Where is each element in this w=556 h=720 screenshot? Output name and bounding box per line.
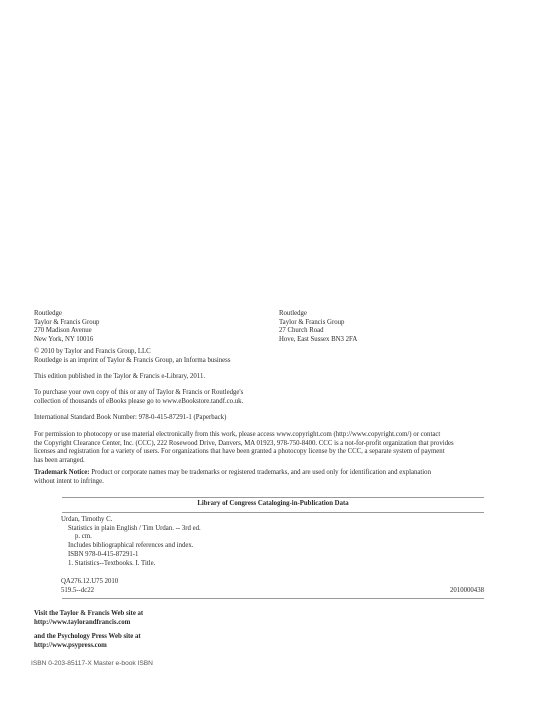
address-line: 270 Madison Avenue — [34, 327, 99, 336]
address-line: Taylor & Francis Group — [279, 319, 357, 328]
trademark-text: Product or corporate names may be tradem… — [91, 469, 431, 476]
permission-line: For permission to photocopy or use mater… — [34, 431, 486, 440]
copyright-notice: © 2010 by Taylor and Francis Group, LLC … — [34, 348, 486, 365]
tf-website-url[interactable]: http://www.taylorandfrancis.com — [34, 619, 143, 628]
pp-website: and the Psychology Press Web site at htt… — [34, 633, 141, 650]
cip-subjects: 1. Statistics--Textbooks. I. Title. — [61, 560, 201, 569]
address-line: 27 Church Road — [279, 327, 357, 336]
address-line: New York, NY 10016 — [34, 336, 99, 345]
trademark-line: without intent to infringe. — [34, 478, 486, 487]
permission-line: has been arranged. — [34, 457, 486, 466]
cip-author: Urdan, Timothy C. — [61, 516, 201, 525]
pp-website-label: and the Psychology Press Web site at — [34, 633, 141, 642]
copyright-line: © 2010 by Taylor and Francis Group, LLC — [34, 348, 486, 357]
trademark-label: Trademark Notice: — [34, 469, 90, 476]
permission-line: the Copyright Clearance Center, Inc. (CC… — [34, 440, 486, 449]
trademark-notice: Trademark Notice: Product or corporate n… — [34, 469, 486, 486]
isbn-line: International Standard Book Number: 978-… — [34, 414, 486, 423]
cip-isbn: ISBN 978-0-415-87291-1 — [61, 551, 201, 560]
imprint-line: Routledge is an imprint of Taylor & Fran… — [34, 357, 486, 366]
edition-line: This edition published in the Taylor & F… — [34, 373, 486, 382]
purchase-line: collection of thousands of eBooks please… — [34, 398, 486, 407]
cip-record: Urdan, Timothy C. Statistics in plain En… — [61, 516, 201, 568]
purchase-note: To purchase your own copy of this or any… — [34, 389, 486, 406]
cip-title-statement: Statistics in plain English / Tim Urdan.… — [61, 525, 201, 534]
permission-line: licenses and registration for a variety … — [34, 448, 486, 457]
pp-website-url[interactable]: http://www.psypress.com — [34, 642, 141, 651]
address-line: Routledge — [34, 310, 99, 319]
publisher-address-uk: Routledge Taylor & Francis Group 27 Chur… — [279, 310, 357, 345]
address-line: Taylor & Francis Group — [34, 319, 99, 328]
cip-lccn: 2010000438 — [450, 587, 484, 596]
cip-title: Library of Congress Cataloging-in-Public… — [62, 500, 484, 509]
cip-physical: p. cm. — [61, 533, 201, 542]
publisher-address-us: Routledge Taylor & Francis Group 270 Mad… — [34, 310, 99, 345]
tf-website-label: Visit the Taylor & Francis Web site at — [34, 610, 143, 619]
cip-bottom-rule — [62, 598, 484, 599]
trademark-line: Trademark Notice: Product or corporate n… — [34, 469, 486, 478]
isbn-paperback: International Standard Book Number: 978-… — [34, 414, 486, 423]
address-line: Hove, East Sussex BN3 2FA — [279, 336, 357, 345]
cip-header-rule — [62, 512, 484, 513]
address-line: Routledge — [279, 310, 357, 319]
cip-top-rule — [62, 497, 484, 498]
master-ebook-isbn: ISBN 0-203-85117-X Master e-book ISBN — [31, 660, 153, 669]
cip-notes: Includes bibliographical references and … — [61, 542, 201, 551]
cip-classification: QA276.12.U75 2010 519.5--dc22 — [61, 578, 118, 595]
permission-notice: For permission to photocopy or use mater… — [34, 431, 486, 466]
purchase-line: To purchase your own copy of this or any… — [34, 389, 486, 398]
cip-lc-class: QA276.12.U75 2010 — [61, 578, 118, 587]
edition-note: This edition published in the Taylor & F… — [34, 373, 486, 382]
cip-dewey: 519.5--dc22 — [61, 587, 118, 596]
tf-website: Visit the Taylor & Francis Web site at h… — [34, 610, 143, 627]
